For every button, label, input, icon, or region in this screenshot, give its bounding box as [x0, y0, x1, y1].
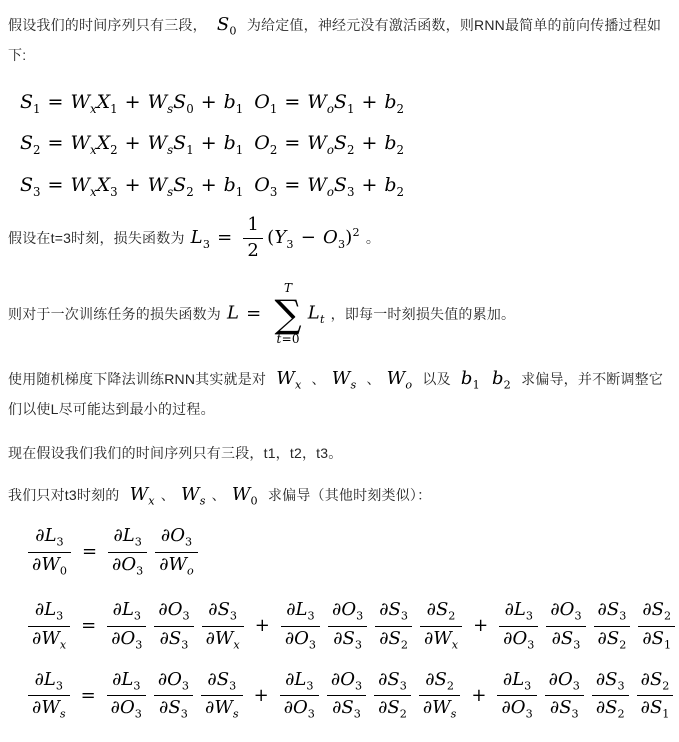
sgd-training-paragraph: 使用随机梯度下降法训练RNN其实就是对 Wx 、Ws 、Wo 以及 b1b2 求… [8, 364, 671, 424]
partial-derivative-intro: 我们只对t3时刻的 Wx、Ws、W0 求偏导（其他时刻类似）： [8, 480, 671, 510]
math-expression: S1=WxX1+WsS0+b1O1=WoS1+b2 [20, 92, 404, 116]
text-run: 求偏导（其他时刻类似）： [264, 487, 432, 503]
math-expression: S0 [217, 15, 237, 38]
math-expression: b1 [461, 369, 480, 392]
three-segments-paragraph: 现在假设我们我们的时间序列只有三段，t1，t2，t3。 [8, 438, 671, 468]
text-run: 、 [161, 487, 175, 503]
text-run: 使用随机梯度下降法训练RNN其实就是对 [8, 371, 270, 387]
math-expression: L3=12(Y3−O3)2 [191, 215, 360, 261]
math-expression: Ws [332, 369, 357, 392]
gradient-equation-ws: ∂L3∂Ws=∂L3∂O3∂O3∂S3∂S3∂Ws+∂L3∂O3∂O3∂S3∂S… [8, 670, 671, 722]
total-loss-paragraph: 则对于一次训练任务的损失函数为L=T∑t=0Lt，即每一时刻损失值的累加。 [8, 281, 671, 346]
math-expression: ∂L3∂Wx=∂L3∂O3∂O3∂S3∂S3∂Wx+∂L3∂O3∂O3∂S3∂S… [24, 600, 679, 652]
math-expression: Wx [276, 369, 301, 392]
gradient-equation-wx: ∂L3∂Wx=∂L3∂O3∂O3∂S3∂S3∂Wx+∂L3∂O3∂O3∂S3∂S… [8, 600, 671, 652]
math-expression: Wx [130, 485, 155, 508]
text-run: 、 [212, 487, 226, 503]
text-run: 。 [366, 223, 380, 253]
text-run: 假设在t=3时刻，损失函数为 [8, 223, 185, 253]
text-run: 假设我们的时间序列只有三段， [8, 17, 211, 33]
intro-paragraph: 假设我们的时间序列只有三段， S0 为给定值，神经元没有激活函数，则RNN最简单… [8, 10, 671, 70]
math-expression: L=T∑t=0Lt [227, 281, 325, 346]
loss-at-t3-paragraph: 假设在t=3时刻，损失函数为L3=12(Y3−O3)2。 [8, 215, 671, 261]
math-expression: Wo [387, 369, 413, 392]
forward-equation-t1: S1=WxX1+WsS0+b1O1=WoS1+b2 [8, 92, 671, 116]
text-run: 、 [362, 371, 380, 387]
gradient-equation-wo: ∂L3∂W0=∂L3∂O3∂O3∂Wo [8, 526, 671, 578]
text-run: 、 [307, 371, 325, 387]
text-run: 则对于一次训练任务的损失函数为 [8, 299, 221, 329]
math-expression: ∂L3∂Ws=∂L3∂O3∂O3∂S3∂S3∂Ws+∂L3∂O3∂O3∂S3∂S… [24, 670, 679, 722]
math-expression: W0 [232, 485, 258, 508]
math-expression: b2 [492, 369, 511, 392]
text-run: 现在假设我们我们的时间序列只有三段，t1，t2，t3。 [8, 445, 342, 461]
math-expression: ∂L3∂W0=∂L3∂O3∂O3∂Wo [24, 526, 202, 578]
math-expression: Ws [181, 485, 206, 508]
forward-equation-t3: S3=WxX3+WsS2+b1O3=WoS3+b2 [8, 175, 671, 199]
forward-equation-t2: S2=WxX2+WsS1+b1O2=WoS2+b2 [8, 133, 671, 157]
article: 假设我们的时间序列只有三段， S0 为给定值，神经元没有激活函数，则RNN最简单… [8, 10, 671, 722]
text-run: 以及 [418, 371, 455, 387]
text-run: 我们只对t3时刻的 [8, 487, 124, 503]
text-run: ，即每一时刻损失值的累加。 [331, 299, 516, 329]
math-expression: S2=WxX2+WsS1+b1O2=WoS2+b2 [20, 133, 404, 157]
math-expression: S3=WxX3+WsS2+b1O3=WoS3+b2 [20, 175, 404, 199]
